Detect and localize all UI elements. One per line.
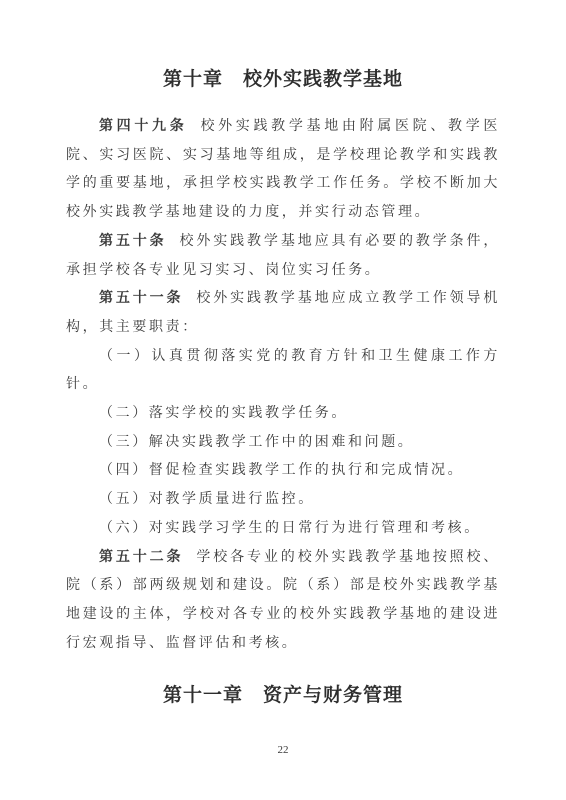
article-number-label: 第五十一条	[99, 291, 183, 306]
page-number: 22	[0, 744, 566, 756]
article-text: （六）对实践学习学生的日常行为进行管理和考核。	[99, 521, 481, 536]
article-text: （一）认真贯彻落实党的教育方针和卫生健康工作方针。	[66, 349, 500, 393]
article-text: （三）解决实践教学工作中的困难和问题。	[99, 435, 414, 450]
article-number-label: 第四十九条	[99, 119, 187, 134]
article-paragraph: （二）落实学校的实践教学任务。	[66, 400, 500, 429]
chapter-10-title: 第十章 校外实践教学基地	[66, 64, 500, 96]
article-paragraph: 第五十一条校外实践教学基地应成立教学工作领导机构，其主要职责：	[66, 285, 500, 342]
article-paragraph: 第五十二条学校各专业的校外实践教学基地按照校、院（系）部两级规划和建设。院（系）…	[66, 544, 500, 659]
article-paragraph: （五）对教学质量进行监控。	[66, 486, 500, 515]
chapter-10-body: 第四十九条校外实践教学基地由附属医院、教学医院、实习医院、实习基地等组成，是学校…	[66, 113, 500, 658]
article-text: （四）督促检查实践教学工作的执行和完成情况。	[99, 463, 464, 478]
article-text: 校外实践教学基地由附属医院、教学医院、实习医院、实习基地等组成，是学校理论教学和…	[66, 119, 500, 220]
article-paragraph: 第四十九条校外实践教学基地由附属医院、教学医院、实习医院、实习基地等组成，是学校…	[66, 113, 500, 228]
article-number-label: 第五十条	[99, 234, 167, 249]
document-page: 第十章 校外实践教学基地 第四十九条校外实践教学基地由附属医院、教学医院、实习医…	[0, 0, 566, 800]
article-paragraph: 第五十条校外实践教学基地应具有必要的教学条件，承担学校各专业见习实习、岗位实习任…	[66, 228, 500, 285]
article-text: （五）对教学质量进行监控。	[99, 492, 315, 507]
article-paragraph: （六）对实践学习学生的日常行为进行管理和考核。	[66, 515, 500, 544]
article-paragraph: （四）督促检查实践教学工作的执行和完成情况。	[66, 457, 500, 486]
article-text: （二）落实学校的实践教学任务。	[99, 406, 348, 421]
article-paragraph: （一）认真贯彻落实党的教育方针和卫生健康工作方针。	[66, 343, 500, 400]
article-number-label: 第五十二条	[99, 550, 183, 565]
chapter-11-title: 第十一章 资产与财务管理	[66, 680, 500, 712]
article-paragraph: （三）解决实践教学工作中的困难和问题。	[66, 429, 500, 458]
